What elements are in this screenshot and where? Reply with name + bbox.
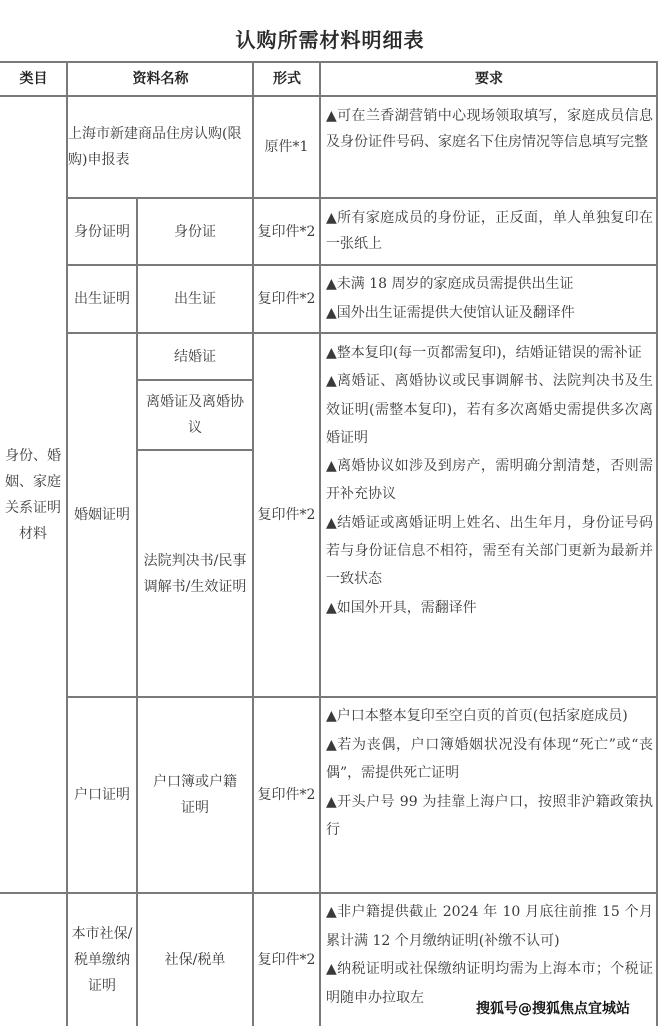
- header-form: 形式: [254, 63, 320, 95]
- material-name-cell: 离婚证及离婚协议: [138, 381, 252, 449]
- form-cell: 复印件*2: [254, 266, 319, 332]
- requirement-cell: ▲未满 18 周岁的家庭成员需提供出生证 ▲国外出生证需提供大使馆认证及翻译件: [321, 266, 657, 332]
- requirement-item: ▲如国外开具，需翻译件: [326, 594, 653, 622]
- requirement-cell: ▲整本复印(每一页都需复印)，结婚证错误的需补证 ▲离婚证、离婚协议或民事调解书…: [321, 334, 657, 696]
- material-name-cell: 法院判决书/民事调解书/生效证明: [138, 451, 252, 696]
- requirement-cell: ▲户口本整本复印至空白页的首页(包括家庭成员) ▲若为丧偶，户口簿婚姻状况没有体…: [321, 698, 657, 892]
- page-title: 认购所需材料明细表: [0, 24, 660, 53]
- material-group-cell: 出生证明: [68, 266, 136, 332]
- requirement-item: ▲整本复印(每一页都需复印)，结婚证错误的需补证: [326, 339, 653, 367]
- form-cell: 原件*1: [254, 97, 319, 197]
- form-cell: 复印件*2: [254, 698, 319, 892]
- requirement-cell: ▲所有家庭成员的身份证，正反面，单人单独复印在一张纸上: [321, 199, 657, 264]
- watermark: 搜狐号@搜狐焦点宜城站: [476, 998, 630, 1018]
- requirement-item: ▲国外出生证需提供大使馆认证及翻译件: [326, 299, 653, 328]
- material-name-cell: 户口簿或户籍证明: [138, 698, 252, 892]
- requirement-item: ▲开头户号 99 为挂靠上海户口，按照非沪籍政策执行: [326, 788, 653, 845]
- material-group-cell: 本市社保/税单缴纳证明: [68, 894, 136, 1026]
- form-cell: 复印件*2: [254, 334, 319, 696]
- requirement-item: ▲可在兰香湖营销中心现场领取填写，家庭成员信息及身份证件号码、家庭名下住房情况等…: [326, 103, 653, 155]
- form-cell: 复印件*2: [254, 894, 319, 1026]
- requirement-item: ▲离婚协议如涉及到房产，需明确分割清楚，否则需开补充协议: [326, 452, 653, 509]
- category-group-cell: 身份、婚姻、家庭关系证明材料: [0, 97, 66, 892]
- requirement-item: ▲结婚证或离婚证明上姓名、出生年月，身份证号码若与身份证信息不相符，需至有关部门…: [326, 509, 653, 594]
- header-requirement: 要求: [321, 63, 657, 95]
- requirement-item: ▲离婚证、离婚协议或民事调解书、法院判决书及生效证明(需整本复印)，若有多次离婚…: [326, 367, 653, 452]
- material-name-cell: 上海市新建商品住房认购(限购)申报表: [68, 97, 252, 197]
- material-name-cell: 身份证: [138, 199, 252, 264]
- requirement-item: ▲非户籍提供截止 2024 年 10 月底往前推 15 个月累计满 12 个月缴…: [326, 898, 653, 955]
- material-name-cell: 社保/税单: [138, 894, 252, 1026]
- material-group-cell: 户口证明: [68, 698, 136, 892]
- header-material-name: 资料名称: [68, 63, 253, 95]
- requirement-item: ▲未满 18 周岁的家庭成员需提供出生证: [326, 270, 653, 299]
- form-cell: 复印件*2: [254, 199, 319, 264]
- requirement-item: ▲所有家庭成员的身份证，正反面，单人单独复印在一张纸上: [326, 205, 653, 257]
- requirement-cell: ▲可在兰香湖营销中心现场领取填写，家庭成员信息及身份证件号码、家庭名下住房情况等…: [321, 97, 657, 197]
- header-category: 类目: [0, 63, 67, 95]
- material-name-cell: 结婚证: [138, 334, 252, 379]
- requirement-item: ▲若为丧偶，户口簿婚姻状况没有体现“死亡”或“丧偶”，需提供死亡证明: [326, 731, 653, 788]
- requirement-item: ▲户口本整本复印至空白页的首页(包括家庭成员): [326, 702, 653, 731]
- material-group-cell: 身份证明: [68, 199, 136, 264]
- material-group-cell: 婚姻证明: [68, 334, 136, 696]
- material-name-cell: 出生证: [138, 266, 252, 332]
